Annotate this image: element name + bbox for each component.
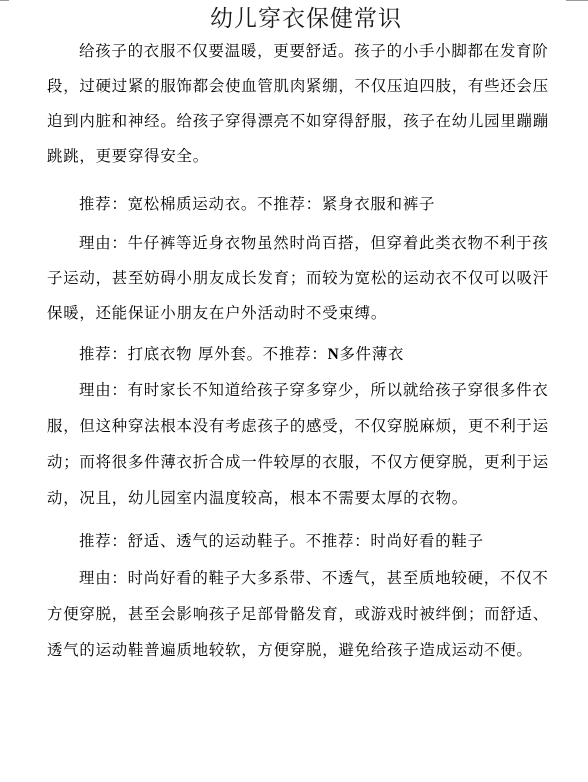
paragraph-line: 迫到内脏和神经。给孩子穿得漂亮不如穿得舒服，孩子在幼儿园里蹦蹦 [47, 111, 572, 131]
recommendation-suffix: 多件薄衣 [339, 345, 404, 363]
reason-line: 方便穿脱，甚至会影响孩子足部骨骼发育，或游戏时被绊倒；而舒适、 [47, 604, 572, 624]
reason-line: 透气的运动鞋普遍质地较软，方便穿脱，避免给孩子造成运动不便。 [47, 640, 572, 660]
page-title: 幼儿穿衣保健常识 [0, 4, 588, 34]
recommendation-line: 推荐：舒适、透气的运动鞋子。不推荐：时尚好看的鞋子 [79, 531, 588, 551]
recommendation-latin-n: N [328, 346, 340, 363]
reason-line: 理由：牛仔裤等近身衣物虽然时尚百搭，但穿着此类衣物不利于孩 [79, 233, 588, 253]
paragraph-line: 跳跳，更要穿得安全。 [47, 146, 572, 166]
reason-line: 理由：有时家长不知道给孩子穿多穿少，所以就给孩子穿很多件衣 [79, 380, 588, 400]
reason-line: 动；而将很多件薄衣折合成一件较厚的衣服，不仅方便穿脱，更利于运 [47, 452, 572, 472]
reason-line: 保暖，还能保证小朋友在户外活动时不受束缚。 [47, 303, 572, 323]
recommendation-line: 推荐：打底衣物 厚外套。不推荐：N多件薄衣 [79, 344, 588, 365]
paragraph-line: 段，过硬过紧的服饰都会使血管肌肉紧绷，不仅压迫四肢，有些还会压 [47, 76, 572, 96]
page-corner-mark-left [0, 0, 9, 1]
reason-line: 子运动，甚至妨碍小朋友成长发育；而较为宽松的运动衣不仅可以吸汗 [47, 268, 572, 288]
recommendation-prefix: 推荐：打底衣物 厚外套。不推荐： [79, 345, 328, 363]
reason-line: 动，况且，幼儿园室内温度较高，根本不需要太厚的衣物。 [47, 488, 572, 508]
recommendation-line: 推荐：宽松棉质运动衣。不推荐：紧身衣服和裤子 [79, 194, 588, 214]
page-corner-mark-right [566, 0, 588, 1]
reason-line: 理由：时尚好看的鞋子大多系带、不透气，甚至质地较硬，不仅不 [79, 568, 588, 588]
paragraph-line: 给孩子的衣服不仅要温暖，更要舒适。孩子的小手小脚都在发育阶 [79, 41, 588, 61]
reason-line: 服，但这种穿法根本没有考虑孩子的感受，不仅穿脱麻烦，更不利于运 [47, 416, 572, 436]
